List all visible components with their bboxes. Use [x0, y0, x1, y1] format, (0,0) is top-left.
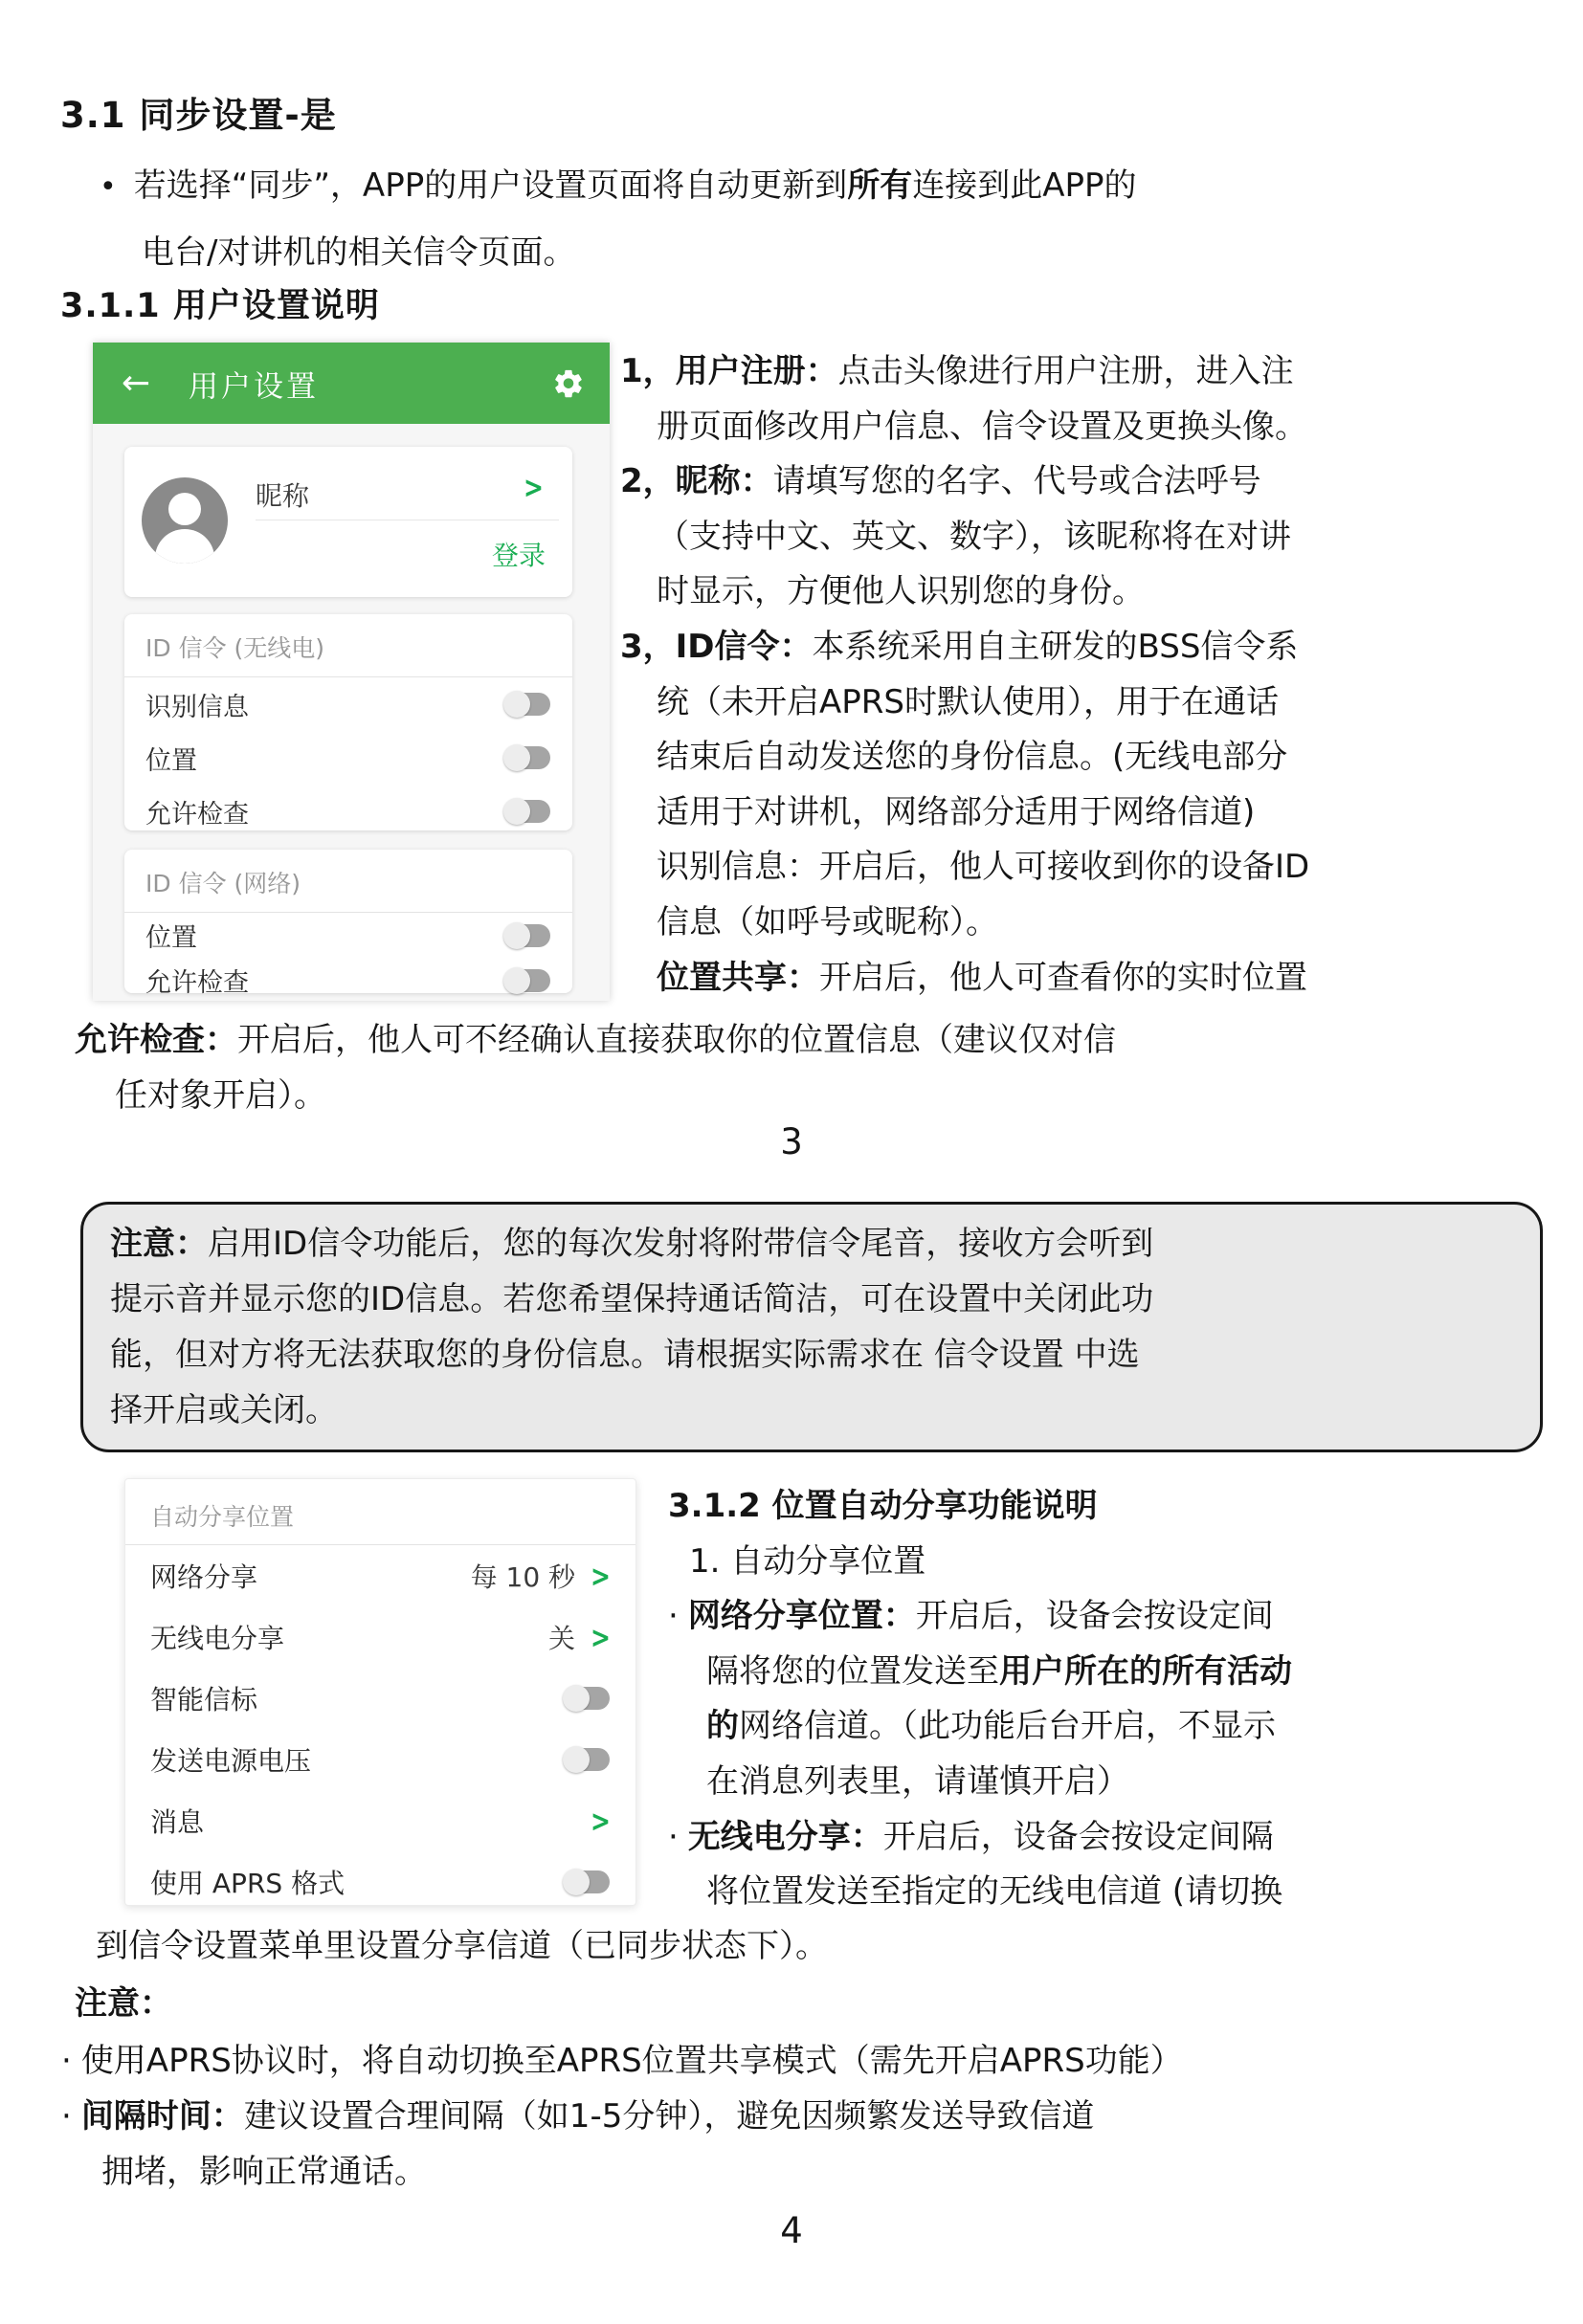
- text-line: 信息（如呼号或昵称）。: [620, 896, 1309, 951]
- chevron-right-icon[interactable]: >: [591, 1804, 611, 1838]
- setting-row[interactable]: 发送电源电压: [125, 1729, 635, 1790]
- text-line: 时显示，方便他人识别您的身份。: [620, 564, 1309, 620]
- note-line: 注意：启用ID信令功能后，您的每次发射将附带信令尾音，接收方会听到: [110, 1216, 1513, 1272]
- toggle-off[interactable]: [503, 744, 551, 771]
- app-title: 用户设置: [189, 362, 319, 405]
- setting-row[interactable]: 允许检查: [124, 785, 572, 838]
- note-box: 注意：启用ID信令功能后，您的每次发射将附带信令尾音，接收方会听到 提示音并显示…: [80, 1202, 1543, 1452]
- gear-icon[interactable]: [552, 367, 585, 400]
- app-screenshot-user-settings: ← 用户设置 昵称 > 登录 ID 信令 (无线电) 识别信息 位置 允许检查: [93, 343, 610, 1001]
- text-line: 1，用户注册：点击头像进行用户注册，进入注: [620, 344, 1309, 400]
- allow-check-paragraph: 允许检查：开启后，他人可不经确认直接获取你的位置信息（建议仅对信 任对象开启）。: [75, 1012, 1116, 1123]
- setting-row[interactable]: 识别信息: [124, 677, 572, 731]
- text-line: 1. 自动分享位置: [668, 1535, 1292, 1590]
- row-label: 位置: [145, 740, 197, 777]
- login-button[interactable]: 登录: [492, 535, 546, 573]
- text-line: ·网络分享位置：开启后，设备会按设定间: [668, 1589, 1292, 1645]
- text-line: 位置共享：开启后，他人可查看你的实时位置: [620, 951, 1309, 1007]
- setting-row[interactable]: 网络分享 每 10 秒>: [125, 1545, 635, 1606]
- text-line: 在消息列表里，请谨慎开启）: [668, 1755, 1292, 1810]
- setting-row[interactable]: 位置: [124, 913, 572, 958]
- page-number-3: 3: [0, 1121, 1583, 1162]
- note-line: 能，但对方将无法获取您的身份信息。请根据实际需求在 信令设置 中选: [110, 1327, 1513, 1383]
- row-label: 允许检查: [145, 793, 249, 830]
- section-3-1-title: 3.1 同步设置-是: [60, 86, 337, 138]
- row-label: 网络分享: [150, 1557, 257, 1595]
- dot-bullet-icon: ·: [668, 1597, 679, 1635]
- app-header-bar: ← 用户设置: [93, 343, 610, 424]
- text-line: 的网络信道。（此功能后台开启，不显示: [668, 1699, 1292, 1755]
- card-section-header: ID 信令 (网络): [124, 850, 572, 899]
- toggle-off[interactable]: [563, 1746, 611, 1773]
- tail-bullet-2: ·间隔时间：建议设置合理间隔（如1-5分钟），避免因频繁发送导致信道: [61, 2090, 1094, 2136]
- tail-bullet-2-cont: 拥堵，影响正常通话。: [101, 2145, 427, 2192]
- text-line: 隔将您的位置发送至用户所在的所有活动: [668, 1645, 1292, 1700]
- dot-bullet-icon: ·: [61, 2097, 72, 2136]
- toggle-off[interactable]: [503, 798, 551, 825]
- note-line: 提示音并显示您的ID信息。若您希望保持通话简洁，可在设置中关闭此功: [110, 1272, 1513, 1327]
- intro-text: 连接到此APP的: [912, 166, 1136, 205]
- text-line: 册页面修改用户信息、信令设置及更换头像。: [620, 400, 1309, 455]
- toggle-off[interactable]: [503, 691, 551, 718]
- row-label: 智能信标: [150, 1679, 257, 1717]
- note-line: 择开启或关闭。: [110, 1383, 1513, 1438]
- intro-bold: 所有: [847, 166, 912, 205]
- toggle-off[interactable]: [563, 1685, 611, 1712]
- section-3-1-1-title: 3.1.1 用户设置说明: [60, 279, 380, 327]
- setting-row[interactable]: 智能信标: [125, 1668, 635, 1729]
- setting-row[interactable]: 使用 APRS 格式: [125, 1851, 635, 1913]
- setting-row[interactable]: 消息 >: [125, 1790, 635, 1851]
- setting-row[interactable]: 位置: [124, 731, 572, 785]
- row-label: 识别信息: [145, 686, 249, 723]
- setting-row[interactable]: 允许检查: [124, 958, 572, 1003]
- bullet-icon: •: [100, 170, 117, 204]
- toggle-off[interactable]: [563, 1869, 611, 1895]
- tail-bullet-1: ·使用APRS协议时，将自动切换至APRS位置共享模式（需先开启APRS功能）: [61, 2034, 1183, 2081]
- intro-text: 若选择“同步”，APP的用户设置页面将自动更新到: [134, 166, 848, 205]
- chevron-right-icon[interactable]: >: [591, 1620, 611, 1654]
- row-label: 无线电分享: [150, 1618, 284, 1656]
- row-value: 关: [548, 1618, 575, 1656]
- text-line: ·无线电分享：开启后，设备会按设定间隔: [668, 1810, 1292, 1866]
- profile-card[interactable]: 昵称 > 登录: [124, 447, 572, 597]
- text-line: 将位置发送至指定的无线电信道 (请切换: [668, 1865, 1292, 1920]
- chevron-right-icon[interactable]: >: [524, 470, 544, 504]
- back-arrow-icon[interactable]: ←: [122, 366, 150, 401]
- page-number-4: 4: [0, 2210, 1583, 2251]
- avatar-shoulders: [155, 529, 214, 564]
- id-signaling-radio-card: ID 信令 (无线电) 识别信息 位置 允许检查: [124, 614, 572, 830]
- row-label: 发送电源电压: [150, 1740, 311, 1779]
- avatar[interactable]: [142, 477, 228, 564]
- text-line: （支持中文、英文、数字），该昵称将在对讲: [620, 510, 1309, 565]
- text-line: 识别信息：开启后，他人可接收到你的设备ID: [620, 840, 1309, 896]
- nickname-label: 昵称: [256, 476, 309, 514]
- card-section-header: ID 信令 (无线电): [124, 614, 572, 664]
- tail-notice-label: 注意：: [75, 1977, 172, 2024]
- row-label: 允许检查: [145, 962, 249, 999]
- app-screenshot-auto-share: 自动分享位置 网络分享 每 10 秒> 无线电分享 关> 智能信标 发送电源电压…: [124, 1478, 636, 1906]
- toggle-off[interactable]: [503, 967, 551, 994]
- divider: [256, 520, 559, 520]
- text-line: 2，昵称：请填写您的名字、代号或合法呼号: [620, 454, 1309, 510]
- text-line: 结束后自动发送您的身份信息。(无线电部分: [620, 730, 1309, 786]
- row-label: 使用 APRS 格式: [150, 1863, 345, 1901]
- dot-bullet-icon: ·: [61, 2042, 72, 2080]
- row-label: 消息: [150, 1802, 204, 1840]
- row-value: 每 10 秒: [471, 1557, 575, 1595]
- intro-line-2: 电台/对讲机的相关信令页面。: [142, 226, 575, 273]
- avatar-head: [168, 493, 201, 525]
- explanation-column-2: 3.1.2 位置自动分享功能说明 1. 自动分享位置 ·网络分享位置：开启后，设…: [668, 1479, 1292, 1920]
- intro-bullet-line: •若选择“同步”，APP的用户设置页面将自动更新到所有连接到此APP的: [100, 159, 1136, 206]
- tail-line-1: 到信令设置菜单里设置分享信道（已同步状态下）。: [96, 1919, 828, 1966]
- toggle-off[interactable]: [503, 922, 551, 949]
- setting-row[interactable]: 无线电分享 关>: [125, 1606, 635, 1668]
- section-3-1-2-title: 3.1.2 位置自动分享功能说明: [668, 1479, 1292, 1535]
- card-section-header: 自动分享位置: [125, 1479, 635, 1544]
- text-line: 统（未开启APRS时默认使用），用于在通话: [620, 675, 1309, 731]
- id-signaling-network-card: ID 信令 (网络) 位置 允许检查: [124, 850, 572, 993]
- dot-bullet-icon: ·: [668, 1818, 679, 1856]
- row-label: 位置: [145, 917, 197, 954]
- chevron-right-icon[interactable]: >: [591, 1559, 611, 1593]
- text-line: 3，ID信令：本系统采用自主研发的BSS信令系: [620, 620, 1309, 675]
- explanation-column-1: 1，用户注册：点击头像进行用户注册，进入注 册页面修改用户信息、信令设置及更换头…: [620, 344, 1309, 1006]
- text-line: 适用于对讲机，网络部分适用于网络信道): [620, 786, 1309, 841]
